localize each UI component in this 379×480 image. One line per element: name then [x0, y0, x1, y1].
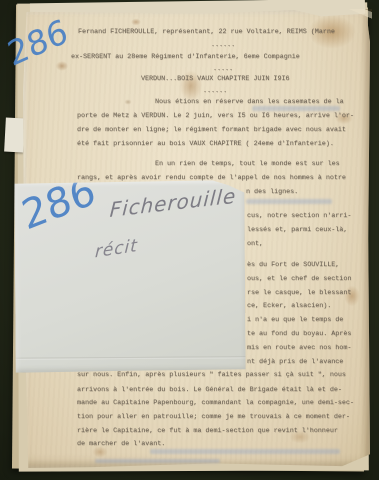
typed-line: Nous étions en réserve dans les casemate…: [155, 98, 344, 106]
typed-line-fragment: rse le casque, le blessant: [247, 289, 351, 297]
handwritten-name: Ficherouille: [109, 185, 237, 219]
ink-bleed-through: [150, 449, 340, 454]
typed-line-fragment: ous, et le chef de section: [247, 275, 351, 283]
typed-line: tion pour aller en patrouille; comme je …: [77, 413, 350, 421]
scanned-document-photo: Fernand FICHEROULLE, représentant, 22 ru…: [0, 0, 379, 480]
typed-line: ......: [203, 87, 227, 95]
typed-line: .....: [213, 65, 233, 73]
typed-line: porte de Metz à VERDUN. Le 2 juin, vers …: [77, 112, 354, 120]
typed-line: En un rien de temps, tout le monde est s…: [155, 160, 340, 168]
typed-line: mande au Capitaine Papenbourg, commandan…: [77, 399, 354, 407]
typed-line-fragment: ès du Fort de SOUVILLE,: [247, 261, 339, 269]
index-card-overlay: 286 Ficherouille récit: [14, 180, 245, 373]
typed-line-fragment: mis en route avec nos hom-: [247, 344, 351, 352]
typed-line: rière le Capitaine, ce fut à ma demi-sec…: [77, 427, 338, 435]
typed-line-fragment: cus, notre section n'arri-: [247, 212, 351, 220]
typed-line: de marcher de l'avant.: [77, 440, 165, 448]
typed-line: arrivons à l'entrée du bois. Le Général …: [77, 386, 342, 394]
typed-line: dre de monter en ligne; le régiment form…: [77, 126, 346, 134]
ink-bleed-through: [95, 459, 220, 463]
ink-bleed-through: [252, 106, 340, 111]
handwritten-note: récit: [94, 238, 138, 262]
typed-line: sur nous. Enfin, après plusieurs " faite…: [77, 371, 346, 379]
typed-line: ex-SERGENT au 28eme Régiment d'Infanteri…: [71, 53, 300, 61]
typed-line: Fernand FICHEROULLE, représentant, 22 ru…: [78, 28, 335, 36]
typed-line: été fait prisonnier au bois VAUX CHAPITR…: [77, 140, 334, 148]
typed-line-fragment: nt déjà pris de l'avance: [247, 358, 343, 366]
typed-line-fragment: i n'a eu que le temps de: [247, 316, 343, 324]
typed-line-fragment: ont,: [247, 240, 263, 248]
typed-line-fragment: lessés et, parmi ceux-là,: [247, 226, 347, 234]
card-crease: [16, 356, 246, 360]
ink-bleed-through: [246, 199, 332, 204]
typed-line-fragment: te au fond du boyau. Après: [247, 330, 351, 338]
typed-line: ......: [211, 41, 235, 49]
typed-line-fragment: ce, Ecker, alsacien).: [247, 302, 331, 310]
typed-line-fragment: n des lignes.: [246, 188, 298, 196]
typed-line-title: VERDUN...BOIS VAUX CHAPITRE JUIN I9I6: [141, 75, 290, 83]
